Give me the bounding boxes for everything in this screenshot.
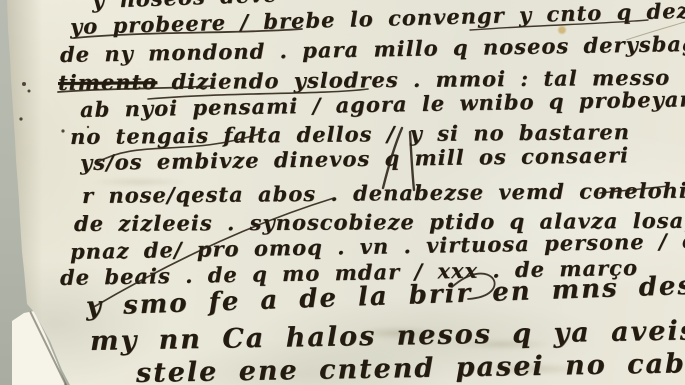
manuscript-line: r nose/qesta abos . denabezse vemd conel… <box>82 177 685 208</box>
manuscript-scan: y noseos deve yo probeere / brebe lo con… <box>0 0 685 385</box>
manuscript-page: y noseos deve yo probeere / brebe lo con… <box>0 0 685 385</box>
handwritten-text-block: y noseos deve yo probeere / brebe lo con… <box>0 0 685 385</box>
